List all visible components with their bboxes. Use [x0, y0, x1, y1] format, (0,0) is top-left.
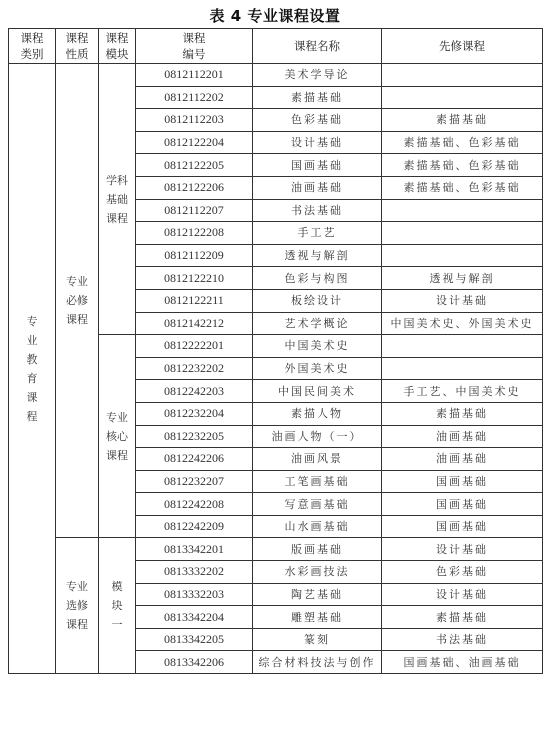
- course-code: 0812242203: [136, 380, 253, 403]
- course-name: 篆刻: [253, 628, 382, 651]
- course-prereq: 设计基础: [382, 583, 543, 606]
- course-name: 油画人物（一）: [253, 425, 382, 448]
- course-code: 0812112201: [136, 64, 253, 87]
- course-name: 工笔画基础: [253, 470, 382, 493]
- course-prereq: [382, 244, 543, 267]
- group-category: 专业教育课程: [9, 64, 56, 674]
- course-code: 0812122211: [136, 289, 253, 312]
- course-code: 0813332203: [136, 583, 253, 606]
- header-row: 课程类别 课程性质 课程模块 课程编号 课程名称 先修课程: [9, 29, 543, 64]
- course-code: 0812142212: [136, 312, 253, 335]
- course-name: 水彩画技法: [253, 561, 382, 584]
- course-name: 素描基础: [253, 86, 382, 109]
- table-row: 专业选修课程 模块一 0813342201版画基础设计基础: [9, 538, 543, 561]
- course-prereq: [382, 335, 543, 358]
- course-code: 0812122205: [136, 154, 253, 177]
- course-prereq: [382, 86, 543, 109]
- header-module: 课程模块: [99, 29, 136, 64]
- course-code: 0813342205: [136, 628, 253, 651]
- course-name: 雕塑基础: [253, 606, 382, 629]
- course-prereq: 设计基础: [382, 289, 543, 312]
- course-code: 0812232202: [136, 357, 253, 380]
- course-code: 0813342201: [136, 538, 253, 561]
- course-name: 油画风景: [253, 448, 382, 471]
- course-name: 书法基础: [253, 199, 382, 222]
- course-name: 素描人物: [253, 402, 382, 425]
- header-prereq: 先修课程: [382, 29, 543, 64]
- course-prereq: [382, 199, 543, 222]
- course-code: 0812122204: [136, 131, 253, 154]
- course-prereq: [382, 222, 543, 245]
- course-prereq: 油画基础: [382, 448, 543, 471]
- course-name: 板绘设计: [253, 289, 382, 312]
- course-prereq: 色彩基础: [382, 561, 543, 584]
- course-prereq: 国画基础、油画基础: [382, 651, 543, 674]
- course-code: 0812112209: [136, 244, 253, 267]
- group-required: 专业必修课程: [56, 64, 99, 538]
- course-name: 山水画基础: [253, 515, 382, 538]
- header-category: 课程类别: [9, 29, 56, 64]
- course-prereq: 中国美术史、外国美术史: [382, 312, 543, 335]
- course-code: 0812112202: [136, 86, 253, 109]
- course-code: 0812242206: [136, 448, 253, 471]
- course-prereq: [382, 64, 543, 87]
- table-row: 专业教育课程 专业必修课程 学科基础课程 0812112201 美术学导论: [9, 64, 543, 87]
- course-prereq: 设计基础: [382, 538, 543, 561]
- course-code: 0813342204: [136, 606, 253, 629]
- course-table: 课程类别 课程性质 课程模块 课程编号 课程名称 先修课程 专业教育课程 专业必…: [8, 28, 543, 674]
- course-code: 0813342206: [136, 651, 253, 674]
- course-prereq: 素描基础: [382, 109, 543, 132]
- module-basic: 学科基础课程: [99, 64, 136, 335]
- course-code: 0813332202: [136, 561, 253, 584]
- course-code: 0812112203: [136, 109, 253, 132]
- header-name: 课程名称: [253, 29, 382, 64]
- course-name: 透视与解剖: [253, 244, 382, 267]
- course-code: 0812232204: [136, 402, 253, 425]
- course-name: 综合材料技法与创作: [253, 651, 382, 674]
- course-prereq: 素描基础: [382, 402, 543, 425]
- course-name: 写意画基础: [253, 493, 382, 516]
- course-name: 中国美术史: [253, 335, 382, 358]
- course-name: 版画基础: [253, 538, 382, 561]
- course-code: 0812122210: [136, 267, 253, 290]
- course-prereq: 素描基础: [382, 606, 543, 629]
- course-prereq: 国画基础: [382, 493, 543, 516]
- course-code: 0812242209: [136, 515, 253, 538]
- course-code: 0812232205: [136, 425, 253, 448]
- course-name: 外国美术史: [253, 357, 382, 380]
- course-prereq: 书法基础: [382, 628, 543, 651]
- course-code: 0812122206: [136, 176, 253, 199]
- course-name: 国画基础: [253, 154, 382, 177]
- header-code: 课程编号: [136, 29, 253, 64]
- course-name: 油画基础: [253, 176, 382, 199]
- course-prereq: 透视与解剖: [382, 267, 543, 290]
- course-name: 色彩基础: [253, 109, 382, 132]
- module-one: 模块一: [99, 538, 136, 674]
- course-prereq: [382, 357, 543, 380]
- course-code: 0812122208: [136, 222, 253, 245]
- course-prereq: 国画基础: [382, 470, 543, 493]
- course-name: 中国民间美术: [253, 380, 382, 403]
- course-prereq: 素描基础、色彩基础: [382, 154, 543, 177]
- module-core: 专业核心课程: [99, 335, 136, 538]
- course-name: 色彩与构图: [253, 267, 382, 290]
- course-prereq: 油画基础: [382, 425, 543, 448]
- course-prereq: 国画基础: [382, 515, 543, 538]
- group-elective: 专业选修课程: [56, 538, 99, 674]
- course-code: 0812242208: [136, 493, 253, 516]
- course-name: 陶艺基础: [253, 583, 382, 606]
- course-prereq: 素描基础、色彩基础: [382, 176, 543, 199]
- course-prereq: 手工艺、中国美术史: [382, 380, 543, 403]
- header-nature: 课程性质: [56, 29, 99, 64]
- course-name: 美术学导论: [253, 64, 382, 87]
- course-code: 0812112207: [136, 199, 253, 222]
- course-name: 艺术学概论: [253, 312, 382, 335]
- course-code: 0812222201: [136, 335, 253, 358]
- table-title: 表 4 专业课程设置: [0, 5, 550, 26]
- course-name: 手工艺: [253, 222, 382, 245]
- course-code: 0812232207: [136, 470, 253, 493]
- course-prereq: 素描基础、色彩基础: [382, 131, 543, 154]
- course-name: 设计基础: [253, 131, 382, 154]
